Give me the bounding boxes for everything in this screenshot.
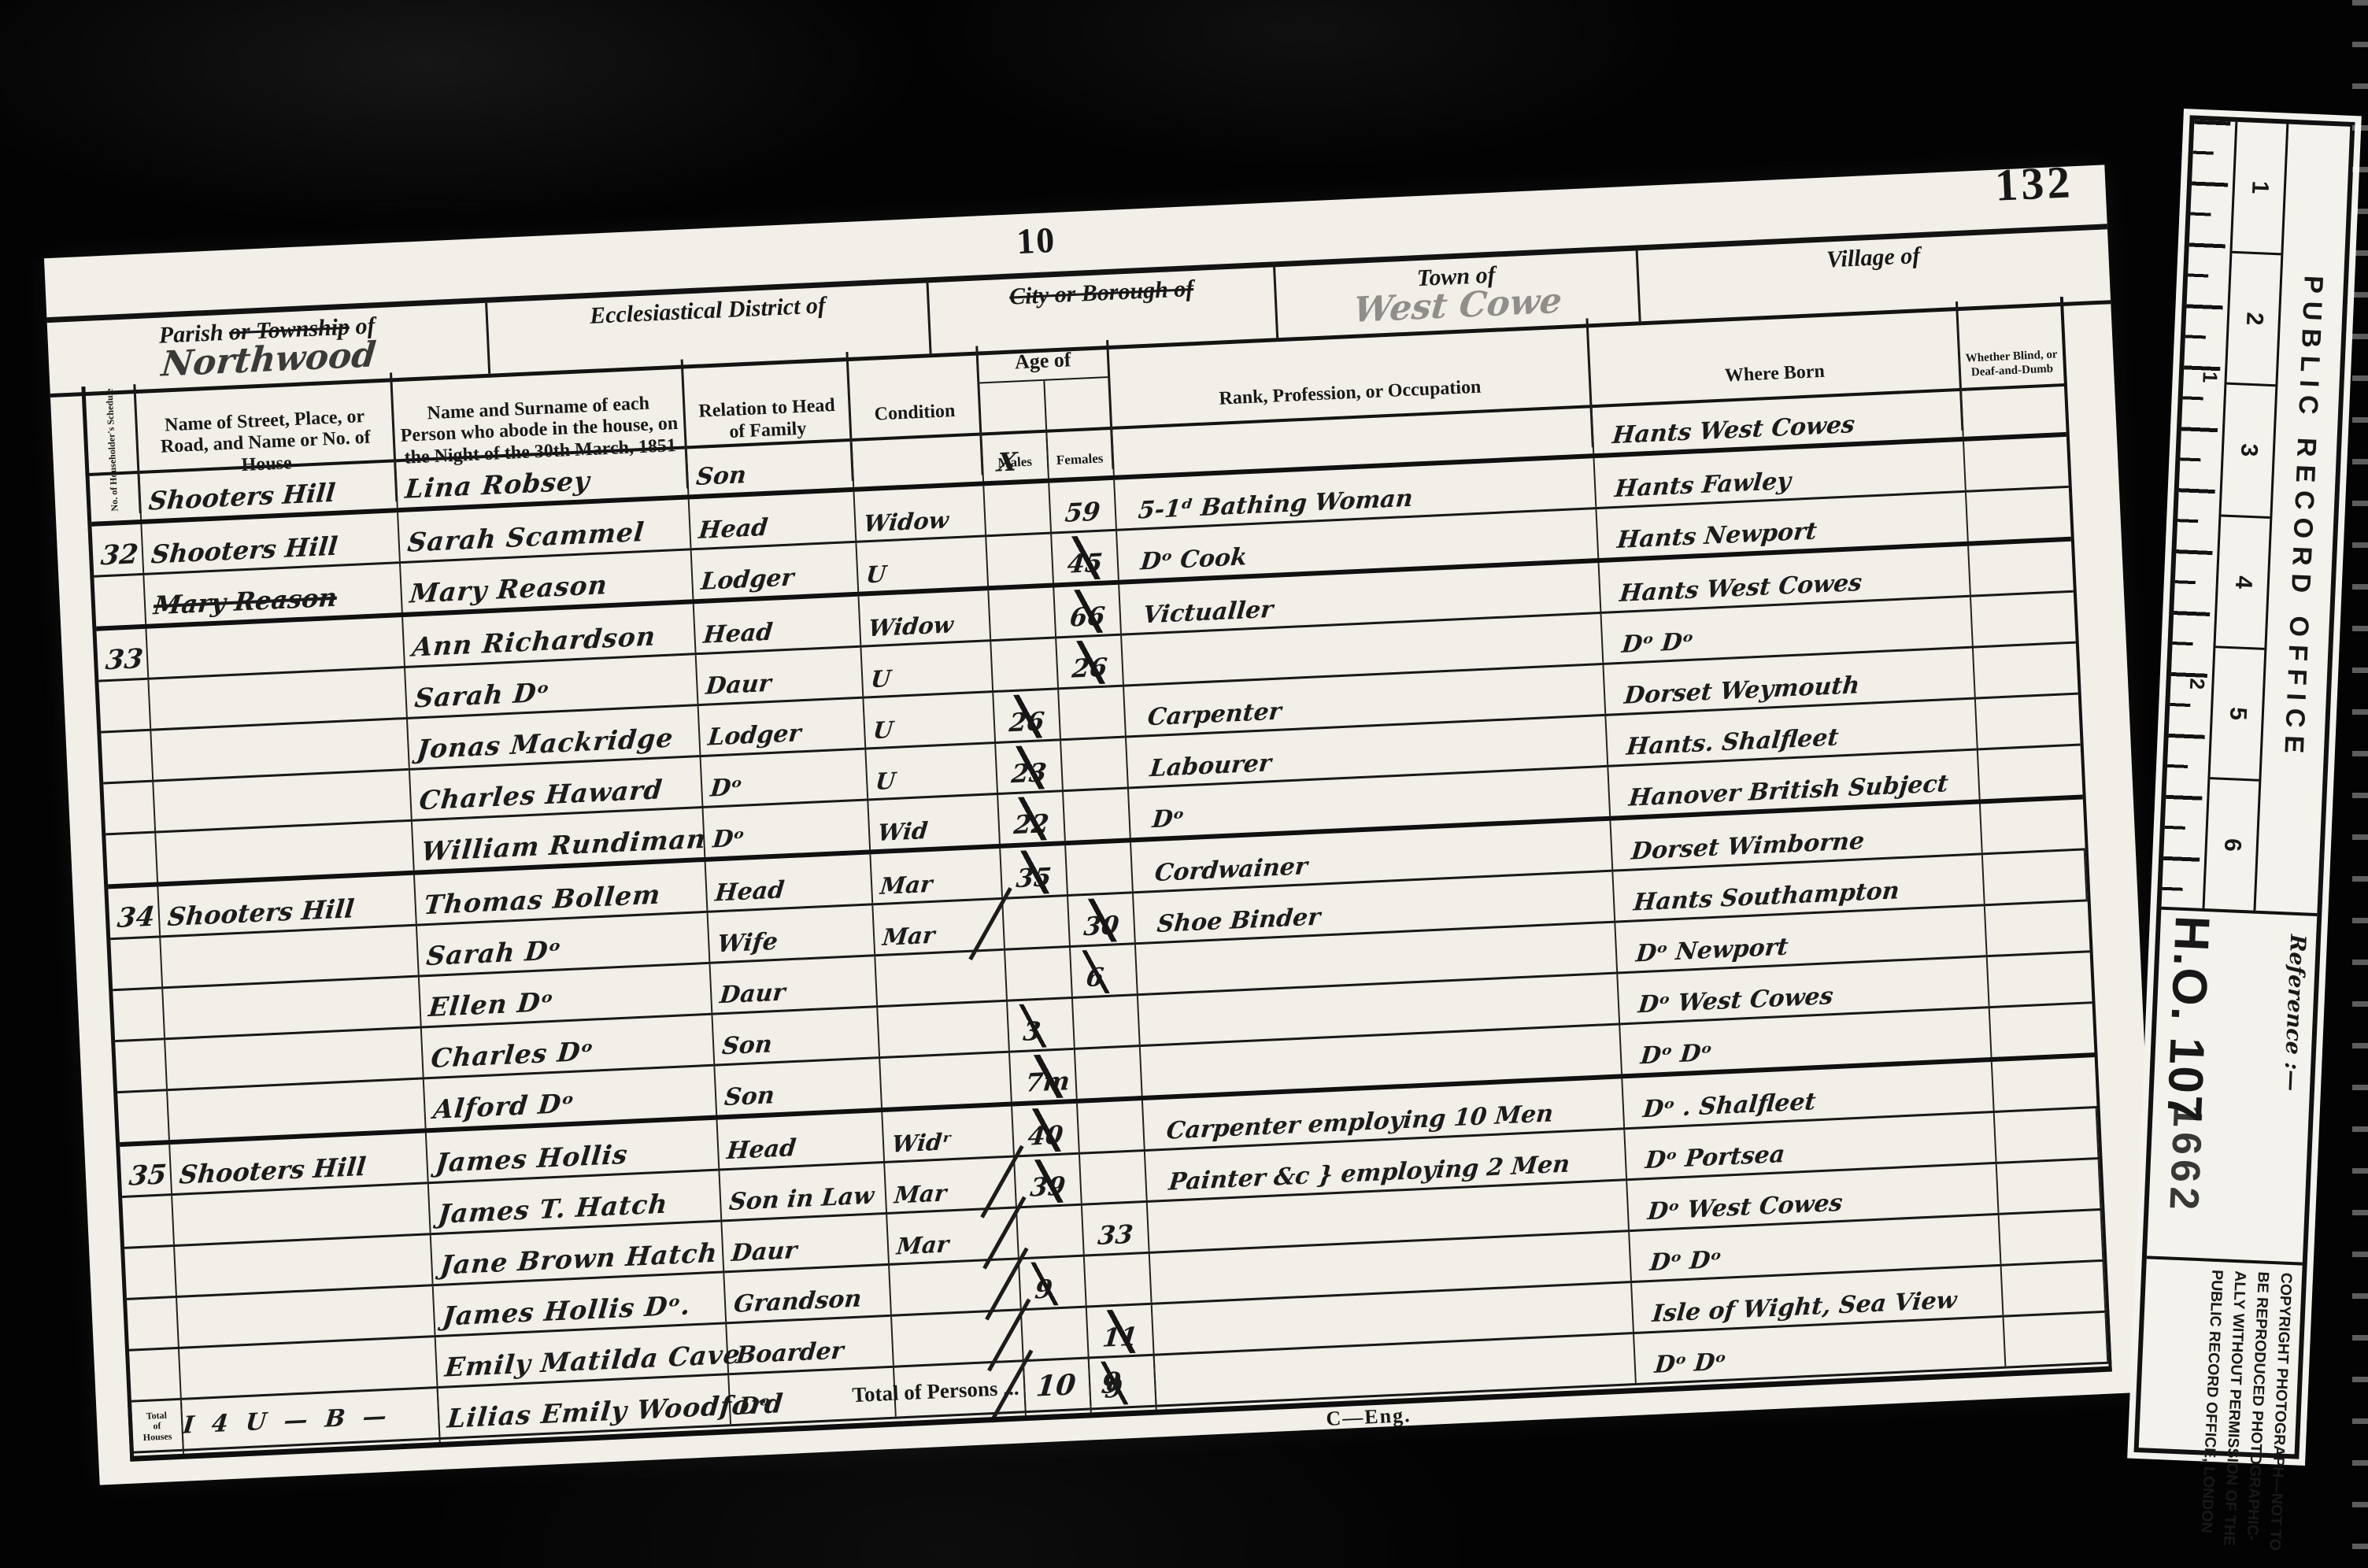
- census-table-body: Shooters HillLina RobseySonXHants West C…: [85, 383, 2111, 1454]
- reference-section: H.O. 107 1662 Reference :—: [2147, 910, 2317, 1266]
- cell-age-male: [986, 534, 1054, 586]
- cell-age-female: [1064, 789, 1131, 841]
- cell-blind: [1995, 1108, 2100, 1162]
- imprint-text: C—Eng.: [1326, 1403, 1412, 1431]
- cell-schedule: [98, 680, 151, 731]
- cell-age-female: [1059, 687, 1127, 739]
- ruler-cm-box: 6: [2205, 779, 2259, 911]
- cell-relation: Daur: [722, 1215, 890, 1270]
- cell-blind: [1985, 901, 2090, 955]
- cell-age-male: 3: [1008, 999, 1075, 1051]
- cell-relation: Son: [687, 438, 855, 494]
- cell-schedule: 35: [120, 1145, 172, 1196]
- cell-age-female: [1047, 427, 1115, 479]
- cell-blind: [1967, 488, 2071, 542]
- folio-number: 132: [1994, 155, 2074, 211]
- cell-age-male: 26: [993, 690, 1061, 741]
- cell-age-male: 22: [998, 792, 1066, 844]
- cell-relation: Son: [712, 1008, 880, 1063]
- reference-series: H.O. 107: [2155, 915, 2220, 1125]
- cell-condition: Widow: [854, 486, 986, 540]
- cell-relation: Head: [694, 597, 862, 653]
- city-borough-label: City or Borough of: [1008, 276, 1193, 310]
- cell-schedule: [101, 731, 154, 782]
- total-houses-value: I 4 U — B —: [182, 1385, 441, 1454]
- cell-relation: Head: [717, 1112, 885, 1168]
- ruler-inch-number: 2: [2185, 678, 2210, 690]
- village-label: Village of: [1826, 242, 1921, 272]
- cell-age-female: 6: [1071, 945, 1138, 997]
- cell-relation: Lodger: [692, 543, 860, 599]
- cell-blind: [1974, 644, 2078, 697]
- cell-blind: [1981, 799, 2085, 852]
- cell-age-female: [1078, 1100, 1145, 1152]
- reference-piece: 1662: [2159, 1104, 2211, 1215]
- cell-blind: [1992, 1057, 2097, 1111]
- cell-street: Shooters Hill: [139, 459, 398, 520]
- cell-blind: [1990, 1004, 2095, 1057]
- cell-condition: [880, 1053, 1012, 1108]
- ruler-cm-box: 2: [2226, 253, 2281, 387]
- cell-condition: [875, 951, 1008, 1005]
- cell-relation: Head: [706, 854, 874, 910]
- cell-street: [168, 1079, 426, 1140]
- cell-condition: [852, 432, 984, 486]
- cell-age-female: [1085, 1254, 1153, 1306]
- cell-age-female: 45: [1052, 531, 1119, 583]
- page-number: 10: [1016, 219, 1056, 262]
- cell-relation: Lodger: [699, 699, 867, 755]
- ecclesiastical-label: Ecclesiastical District of: [589, 292, 826, 329]
- cell-schedule: [129, 1349, 182, 1400]
- cell-blind: [1988, 952, 2092, 1006]
- cell-age-female: [1075, 1047, 1143, 1099]
- cell-condition: U: [861, 642, 993, 696]
- cell-age-female: 11: [1087, 1305, 1155, 1357]
- cell-age-female: 33: [1082, 1203, 1150, 1255]
- microfilm-frame: 10 132 Parish or Township of Northwood E…: [0, 0, 2368, 1568]
- film-edge-marks: [2352, 0, 2368, 1568]
- total-persons-females: 9: [1090, 1353, 1157, 1413]
- cell-street: [175, 1235, 433, 1296]
- ruler-cm-box: 1: [2232, 122, 2286, 256]
- cell-age-female: [1066, 842, 1134, 894]
- cell-condition: U: [857, 537, 989, 591]
- cell-relation: Daur: [697, 648, 864, 704]
- cell-relation: Dᵒ: [701, 749, 869, 805]
- cell-schedule: [89, 471, 142, 522]
- total-houses-label: Total of Houses: [131, 1397, 184, 1456]
- cell-schedule: 32: [91, 524, 144, 575]
- ruler-inch-number: 1: [2197, 371, 2222, 383]
- cell-age-male: X: [982, 430, 1049, 482]
- cell-age-male: [984, 483, 1052, 535]
- cell-blind: [1962, 383, 2066, 437]
- cell-blind: [1978, 746, 2083, 800]
- cell-relation: Dᵒ: [704, 801, 871, 856]
- cell-schedule: [110, 937, 163, 989]
- cell-age-male: [1003, 897, 1071, 949]
- cell-condition: Widow: [860, 590, 992, 645]
- cell-age-female: 66: [1054, 585, 1122, 637]
- cell-age-female: 26: [1056, 636, 1124, 688]
- cell-condition: [878, 1002, 1010, 1056]
- ruler-cm-box: 4: [2215, 516, 2270, 650]
- cell-relation: Head: [690, 492, 857, 548]
- cell-schedule: [94, 575, 146, 627]
- cell-age-male: 23: [996, 741, 1064, 793]
- cell-street: [161, 926, 419, 987]
- cell-age-male: [989, 587, 1056, 639]
- cell-age-female: [1080, 1152, 1148, 1204]
- cell-schedule: [115, 1040, 168, 1091]
- cell-blind: [2000, 1211, 2104, 1264]
- cell-blind: [2002, 1262, 2107, 1315]
- cell-relation: Son: [715, 1059, 882, 1115]
- reference-label: Reference :—: [2279, 934, 2310, 1092]
- cell-schedule: [122, 1196, 175, 1247]
- cell-age-female: 30: [1068, 893, 1136, 945]
- copyright-section: COPYRIGHT PHOTOGRAPH—NOT TOBE REPRODUCED…: [2134, 1259, 2302, 1559]
- cell-schedule: [127, 1298, 179, 1349]
- cell-age-female: [1073, 996, 1141, 1048]
- ruler-cm-box: 5: [2210, 648, 2264, 782]
- cell-schedule: 34: [108, 886, 161, 937]
- cell-blind: [1997, 1159, 2102, 1213]
- ruler-section: 1 2 123456 PUBLIC RECORD OFFICE: [2161, 120, 2350, 916]
- cell-condition: U: [864, 693, 996, 747]
- cell-blind: [1964, 437, 2069, 490]
- total-persons-males: 10: [1024, 1355, 1092, 1415]
- cell-relation: Boarder: [727, 1317, 894, 1373]
- cell-age-female: [1061, 738, 1129, 790]
- cell-relation: Daur: [711, 956, 879, 1012]
- cell-condition: U: [866, 744, 998, 798]
- cell-schedule: [113, 989, 165, 1040]
- cell-blind: [1969, 542, 2074, 595]
- cell-blind: [1976, 695, 2081, 749]
- cell-schedule: 33: [97, 629, 150, 680]
- cell-schedule: [124, 1247, 177, 1298]
- col-age-label: Age of: [978, 340, 1108, 383]
- cell-relation: Grandson: [724, 1266, 892, 1322]
- cell-street: [154, 771, 412, 831]
- cell-relation: Wife: [709, 905, 876, 961]
- cell-schedule: [117, 1091, 170, 1142]
- pro-ruler-card: 1 2 123456 PUBLIC RECORD OFFICE H.O. 107…: [2127, 109, 2362, 1466]
- cell-blind: [1971, 593, 2076, 646]
- ruler-cm-box: 3: [2221, 385, 2275, 519]
- cell-condition: Widʳ: [882, 1107, 1015, 1161]
- cell-blind: [1983, 850, 2088, 904]
- census-sheet: 10 132 Parish or Township of Northwood E…: [44, 165, 2160, 1485]
- cell-schedule: [105, 834, 158, 885]
- cell-age-male: [1005, 948, 1073, 1000]
- pro-card-border: 1 2 123456 PUBLIC RECORD OFFICE H.O. 107…: [2133, 115, 2355, 1459]
- cell-age-male: 7m: [1010, 1050, 1078, 1102]
- cell-age-female: 59: [1049, 480, 1117, 532]
- cell-relation: Son in Law: [720, 1163, 887, 1219]
- cell-age-male: [991, 638, 1059, 690]
- cell-condition: Mar: [871, 849, 1003, 903]
- cell-schedule: [103, 782, 156, 834]
- cell-condition: Wid: [868, 795, 1001, 849]
